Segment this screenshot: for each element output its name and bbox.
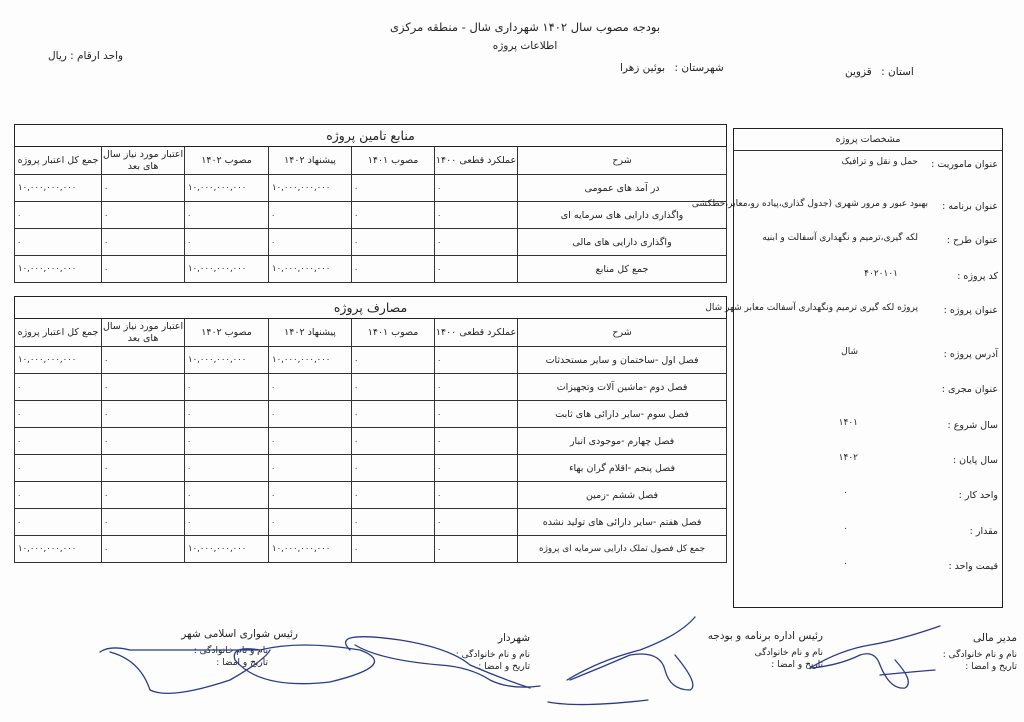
field-start-year: سال شروع : ۱۴۰۱ bbox=[736, 420, 998, 436]
field-label: واحد کار : bbox=[959, 490, 998, 501]
cell-future-years: ۰ bbox=[102, 509, 185, 536]
field-program: عنوان برنامه : بهبود عبور و مرور شهری (ج… bbox=[736, 201, 998, 217]
row-desc: فصل پنجم -اقلام گران بهاء bbox=[518, 455, 727, 482]
table-row: فصل دوم -ماشین آلات وتجهیزات ۰ ۰ ۰ ۰ ۰ ۰ bbox=[15, 374, 727, 401]
signature-date-label: تاریخ و امضا : bbox=[430, 662, 530, 672]
cell-actual-1400: ۰ bbox=[435, 536, 518, 563]
cell-approved-1402: ۰ bbox=[185, 482, 269, 509]
row-desc: واگذاری دارایی های مالی bbox=[518, 229, 727, 256]
signature-mayor: شهردار نام و نام خانوادگی : تاریخ و امضا… bbox=[430, 632, 530, 672]
field-mission: عنوان ماموریت : حمل و نقل و ترافیک bbox=[736, 159, 998, 175]
signature-role: شهردار bbox=[430, 632, 530, 644]
cell-total: ۰ bbox=[15, 482, 102, 509]
signature-name-label: نام و نام خانوادگی bbox=[673, 648, 823, 658]
cell-future-years: ۰ bbox=[102, 256, 185, 283]
row-desc: فصل ششم -زمین bbox=[518, 482, 727, 509]
cell-proposed-1402: ۱۰,۰۰۰,۰۰۰,۰۰۰ bbox=[269, 347, 352, 374]
field-unit-price: قیمت واحد : ۰ bbox=[736, 561, 998, 577]
table-row-total: جمع کل فصول تملک دارایی سرمایه ای پروژه … bbox=[15, 536, 727, 563]
cell-future-years: ۰ bbox=[102, 536, 185, 563]
table-row: فصل اول -ساختمان و سایر مستحدثات ۰ ۰ ۱۰,… bbox=[15, 347, 727, 374]
cell-approved-1401: ۰ bbox=[352, 482, 435, 509]
cell-actual-1400: ۰ bbox=[435, 202, 518, 229]
field-project-address: آدرس پروژه : شال bbox=[736, 349, 998, 365]
field-quantity: مقدار : ۰ bbox=[736, 526, 998, 542]
field-value: ۱۴۰۲ bbox=[839, 453, 858, 463]
cell-actual-1400: ۰ bbox=[435, 256, 518, 283]
signature-name-label: نام و نام خانوادگی : bbox=[148, 646, 268, 656]
field-value: ۰ bbox=[843, 488, 848, 498]
col-approved-1401: مصوب ۱۴۰۱ bbox=[352, 147, 435, 175]
col-proposed-1402: پیشنهاد ۱۴۰۲ bbox=[269, 319, 352, 347]
signature-council-head: رئیس شوارى اسلامی شهر نام و نام خانوادگی… bbox=[148, 628, 298, 668]
cell-approved-1401: ۰ bbox=[352, 229, 435, 256]
cell-approved-1401: ۰ bbox=[352, 455, 435, 482]
cell-total: ۱۰,۰۰۰,۰۰۰,۰۰۰ bbox=[15, 536, 102, 563]
col-future-years: اعتبار مورد نیاز سال های بعد bbox=[102, 319, 185, 347]
cell-future-years: ۰ bbox=[102, 229, 185, 256]
cell-approved-1401: ۰ bbox=[352, 509, 435, 536]
province-label: استان : bbox=[881, 66, 914, 78]
col-approved-1401: مصوب ۱۴۰۱ bbox=[352, 319, 435, 347]
cell-approved-1401: ۰ bbox=[352, 374, 435, 401]
field-label: عنوان طرح : bbox=[947, 235, 998, 246]
cell-total: ۰ bbox=[15, 428, 102, 455]
field-value: شال bbox=[841, 347, 858, 357]
table-row: فصل هفتم -سایر دارائی های تولید نشده ۰ ۰… bbox=[15, 509, 727, 536]
cell-approved-1402: ۰ bbox=[185, 428, 269, 455]
table-row: واگذاری دارایی های مالی ۰ ۰ ۰ ۰ ۰ ۰ bbox=[15, 229, 727, 256]
cell-future-years: ۰ bbox=[102, 455, 185, 482]
table-row: فصل پنجم -اقلام گران بهاء ۰ ۰ ۰ ۰ ۰ ۰ bbox=[15, 455, 727, 482]
cell-approved-1401: ۰ bbox=[352, 401, 435, 428]
province: استان : قزوین bbox=[845, 66, 914, 78]
col-total: جمع کل اعتبار پروژه bbox=[15, 319, 102, 347]
field-value: حمل و نقل و ترافیک bbox=[841, 157, 918, 167]
cell-approved-1402: ۰ bbox=[185, 202, 269, 229]
signature-role: مدیر مالی bbox=[902, 632, 1017, 644]
cell-total: ۰ bbox=[15, 509, 102, 536]
cell-proposed-1402: ۰ bbox=[269, 374, 352, 401]
field-value: ۰ bbox=[843, 524, 848, 534]
cell-total: ۰ bbox=[15, 229, 102, 256]
field-value: بهبود عبور و مرور شهری (جدول گذاری،پیاده… bbox=[692, 199, 928, 209]
field-label: سال شروع : bbox=[948, 420, 998, 431]
table-row: فصل ششم -زمین ۰ ۰ ۰ ۰ ۰ ۰ bbox=[15, 482, 727, 509]
field-end-year: سال پایان : ۱۴۰۲ bbox=[736, 455, 998, 471]
cell-total: ۰ bbox=[15, 401, 102, 428]
cell-proposed-1402: ۰ bbox=[269, 455, 352, 482]
cell-approved-1401: ۰ bbox=[352, 428, 435, 455]
cell-actual-1400: ۰ bbox=[435, 401, 518, 428]
table-row: فصل چهارم -موجودی انبار ۰ ۰ ۰ ۰ ۰ ۰ bbox=[15, 428, 727, 455]
cell-proposed-1402: ۰ bbox=[269, 509, 352, 536]
row-desc: فصل چهارم -موجودی انبار bbox=[518, 428, 727, 455]
cell-total: ۱۰,۰۰۰,۰۰۰,۰۰۰ bbox=[15, 175, 102, 202]
field-label: سال پایان : bbox=[953, 455, 998, 466]
signature-financial-manager: مدیر مالی نام و نام خانوادگی : تاریخ و ا… bbox=[902, 632, 1017, 672]
sources-title: منابع تامین پروژه bbox=[15, 125, 727, 147]
col-approved-1402: مصوب ۱۴۰۲ bbox=[185, 319, 269, 347]
cell-total: ۰ bbox=[15, 202, 102, 229]
cell-total: ۱۰,۰۰۰,۰۰۰,۰۰۰ bbox=[15, 256, 102, 283]
row-desc: فصل هفتم -سایر دارائی های تولید نشده bbox=[518, 509, 727, 536]
cell-approved-1402: ۰ bbox=[185, 455, 269, 482]
cell-future-years: ۰ bbox=[102, 347, 185, 374]
document-title: بودجه مصوب سال ۱۴۰۲ شهرداری شال - منطقه … bbox=[300, 20, 750, 34]
expenses-table: مصارف پروژه شرح عملکرد قطعی ۱۴۰۰ مصوب ۱۴… bbox=[14, 296, 727, 563]
signature-role: رئیس اداره برنامه و بودجه bbox=[673, 630, 823, 642]
row-desc: فصل دوم -ماشین آلات وتجهیزات bbox=[518, 374, 727, 401]
expenses-title: مصارف پروژه bbox=[15, 297, 727, 319]
cell-proposed-1402: ۰ bbox=[269, 202, 352, 229]
cell-approved-1401: ۰ bbox=[352, 202, 435, 229]
cell-actual-1400: ۰ bbox=[435, 455, 518, 482]
signature-date-label: تاریخ و امضا : bbox=[902, 662, 1017, 672]
table-row: در آمد های عمومی ۰ ۰ ۱۰,۰۰۰,۰۰۰,۰۰۰ ۱۰,۰… bbox=[15, 175, 727, 202]
province-value: قزوین bbox=[845, 66, 872, 78]
cell-approved-1402: ۰ bbox=[185, 229, 269, 256]
table-row: واگذاری دارایی های سرمایه ای ۰ ۰ ۰ ۰ ۰ ۰ bbox=[15, 202, 727, 229]
cell-future-years: ۰ bbox=[102, 202, 185, 229]
cell-approved-1402: ۰ bbox=[185, 401, 269, 428]
county-value: بوئین زهرا bbox=[620, 62, 665, 74]
cell-approved-1401: ۰ bbox=[352, 256, 435, 283]
field-label: عنوان پروژه : bbox=[944, 305, 998, 316]
field-label: آدرس پروژه : bbox=[944, 349, 998, 360]
project-specs-title: مشخصات پروژه bbox=[734, 129, 1002, 151]
field-label: قیمت واحد : bbox=[948, 561, 998, 572]
field-value: ۰ bbox=[843, 559, 848, 569]
col-future-years: اعتبار مورد نیاز سال های بعد bbox=[102, 147, 185, 175]
unit-label: واحد ارقام : ریال bbox=[48, 50, 123, 62]
cell-proposed-1402: ۱۰,۰۰۰,۰۰۰,۰۰۰ bbox=[269, 256, 352, 283]
table-row: فصل سوم -سایر دارائی های ثابت ۰ ۰ ۰ ۰ ۰ … bbox=[15, 401, 727, 428]
cell-total: ۰ bbox=[15, 455, 102, 482]
signature-budget-head: رئیس اداره برنامه و بودجه نام و نام خانو… bbox=[673, 630, 823, 670]
row-desc: فصل اول -ساختمان و سایر مستحدثات bbox=[518, 347, 727, 374]
table-row-total: جمع کل منابع ۰ ۰ ۱۰,۰۰۰,۰۰۰,۰۰۰ ۱۰,۰۰۰,۰… bbox=[15, 256, 727, 283]
col-approved-1402: مصوب ۱۴۰۲ bbox=[185, 147, 269, 175]
cell-actual-1400: ۰ bbox=[435, 509, 518, 536]
cell-actual-1400: ۰ bbox=[435, 482, 518, 509]
cell-approved-1402: ۱۰,۰۰۰,۰۰۰,۰۰۰ bbox=[185, 256, 269, 283]
row-desc: فصل سوم -سایر دارائی های ثابت bbox=[518, 401, 727, 428]
cell-proposed-1402: ۱۰,۰۰۰,۰۰۰,۰۰۰ bbox=[269, 175, 352, 202]
field-value: ۴۰۲۰۱۰۱ bbox=[864, 269, 898, 279]
cell-approved-1402: ۱۰,۰۰۰,۰۰۰,۰۰۰ bbox=[185, 347, 269, 374]
cell-approved-1402: ۱۰,۰۰۰,۰۰۰,۰۰۰ bbox=[185, 536, 269, 563]
cell-future-years: ۰ bbox=[102, 175, 185, 202]
cell-future-years: ۰ bbox=[102, 482, 185, 509]
field-work-unit: واحد کار : ۰ bbox=[736, 490, 998, 506]
cell-actual-1400: ۰ bbox=[435, 229, 518, 256]
cell-future-years: ۰ bbox=[102, 374, 185, 401]
cell-approved-1402: ۰ bbox=[185, 374, 269, 401]
cell-total: ۰ bbox=[15, 374, 102, 401]
cell-future-years: ۰ bbox=[102, 428, 185, 455]
field-project-title: عنوان پروژه : پروژه لکه گیری ترمیم ونگهد… bbox=[736, 305, 998, 321]
field-label: کد پروژه : bbox=[957, 271, 998, 282]
col-actual-1400: عملکرد قطعی ۱۴۰۰ bbox=[435, 147, 518, 175]
cell-approved-1402: ۱۰,۰۰۰,۰۰۰,۰۰۰ bbox=[185, 175, 269, 202]
row-desc: جمع کل فصول تملک دارایی سرمایه ای پروژه bbox=[518, 536, 727, 563]
row-desc: در آمد های عمومی bbox=[518, 175, 727, 202]
cell-future-years: ۰ bbox=[102, 401, 185, 428]
sources-table: منابع تامین پروژه شرح عملکرد قطعی ۱۴۰۰ م… bbox=[14, 124, 727, 283]
county-label: شهرستان : bbox=[674, 62, 723, 74]
field-label: مقدار : bbox=[970, 526, 998, 537]
cell-approved-1401: ۰ bbox=[352, 347, 435, 374]
cell-total: ۱۰,۰۰۰,۰۰۰,۰۰۰ bbox=[15, 347, 102, 374]
field-value: پروژه لکه گیری ترمیم ونگهداری آسفالت معا… bbox=[705, 303, 918, 313]
signature-name-label: نام و نام خانوادگی : bbox=[430, 650, 530, 660]
cell-proposed-1402: ۰ bbox=[269, 401, 352, 428]
col-desc: شرح bbox=[518, 147, 727, 175]
cell-actual-1400: ۰ bbox=[435, 175, 518, 202]
col-total: جمع کل اعتبار پروژه bbox=[15, 147, 102, 175]
cell-approved-1402: ۰ bbox=[185, 509, 269, 536]
field-value: ۱۴۰۱ bbox=[839, 418, 858, 428]
field-plan: عنوان طرح : لکه گیری،ترمیم و نگهداری آسف… bbox=[736, 235, 998, 251]
field-executor: عنوان مجری : bbox=[736, 384, 998, 400]
col-desc: شرح bbox=[518, 319, 727, 347]
cell-approved-1401: ۰ bbox=[352, 536, 435, 563]
cell-actual-1400: ۰ bbox=[435, 428, 518, 455]
col-actual-1400: عملکرد قطعی ۱۴۰۰ bbox=[435, 319, 518, 347]
cell-actual-1400: ۰ bbox=[435, 347, 518, 374]
county: شهرستان : بوئین زهرا bbox=[620, 62, 724, 74]
cell-approved-1401: ۰ bbox=[352, 175, 435, 202]
cell-proposed-1402: ۰ bbox=[269, 229, 352, 256]
field-label: عنوان برنامه : bbox=[942, 201, 998, 212]
signature-date-label: تاریخ و امضا : bbox=[673, 660, 823, 670]
cell-proposed-1402: ۱۰,۰۰۰,۰۰۰,۰۰۰ bbox=[269, 536, 352, 563]
cell-proposed-1402: ۰ bbox=[269, 482, 352, 509]
col-proposed-1402: پیشنهاد ۱۴۰۲ bbox=[269, 147, 352, 175]
signature-role: رئیس شوارى اسلامی شهر bbox=[148, 628, 298, 640]
document-subtitle: اطلاعات پروژه bbox=[400, 40, 650, 52]
field-project-code: کد پروژه : ۴۰۲۰۱۰۱ bbox=[736, 271, 998, 287]
signature-date-label: تاریخ و امضا : bbox=[148, 658, 268, 668]
cell-actual-1400: ۰ bbox=[435, 374, 518, 401]
row-desc: جمع کل منابع bbox=[518, 256, 727, 283]
cell-proposed-1402: ۰ bbox=[269, 428, 352, 455]
signature-name-label: نام و نام خانوادگی : bbox=[902, 650, 1017, 660]
project-specs-panel: مشخصات پروژه عنوان ماموریت : حمل و نقل و… bbox=[733, 128, 1003, 608]
field-label: عنوان ماموریت : bbox=[931, 159, 998, 170]
field-value: لکه گیری،ترمیم و نگهداری آسفالت و ابنیه bbox=[762, 233, 918, 243]
field-label: عنوان مجری : bbox=[942, 384, 998, 395]
